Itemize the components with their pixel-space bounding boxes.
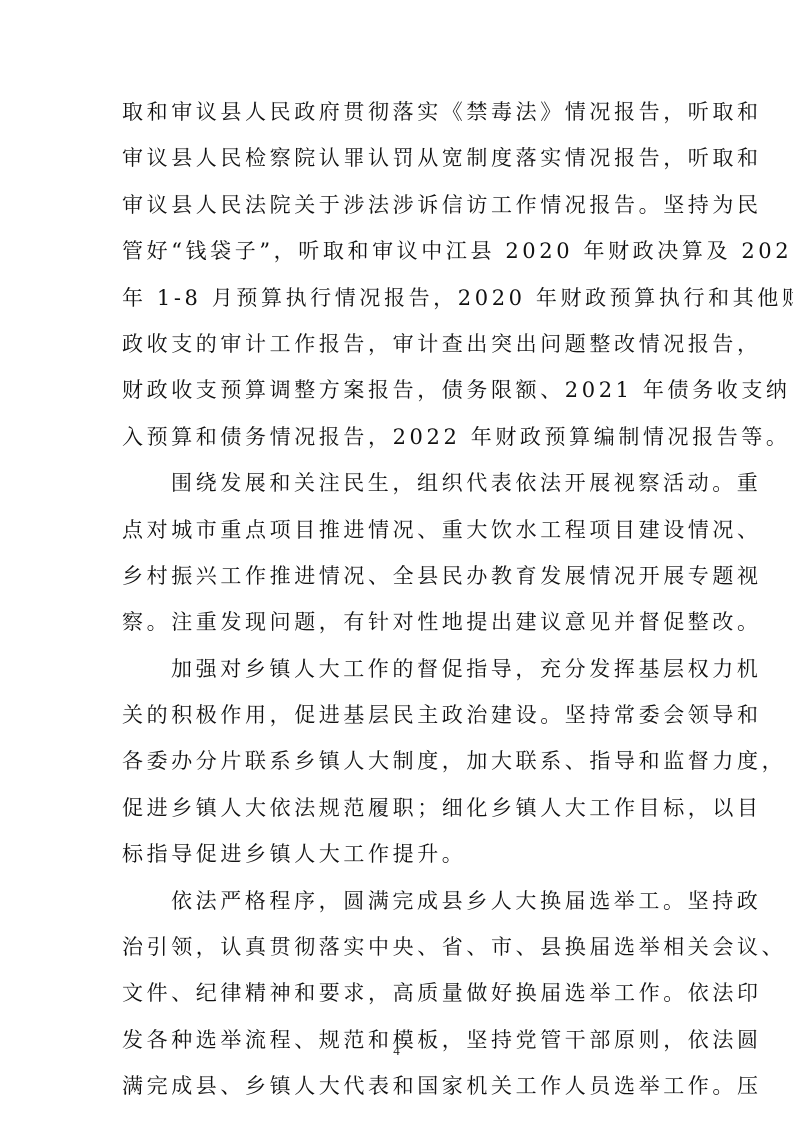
text-line: 各委办分片联系乡镇人大制度，加大联系、指导和监督力度，	[122, 738, 674, 784]
text-line: 审议县人民检察院认罪认罚从宽制度落实情况报告，听取和	[122, 135, 674, 181]
paragraph-start-line: 依法严格程序，圆满完成县乡人大换届选举工。坚持政	[122, 878, 674, 924]
text-line: 管好“钱袋子”，听取和审议中江县 2020 年财政决算及 2021	[122, 228, 674, 274]
text-line: 政收支的审计工作报告，审计查出突出问题整改情况报告，	[122, 321, 674, 367]
text-line: 取和审议县人民政府贯彻落实《禁毒法》情况报告，听取和	[122, 89, 674, 135]
body-text: 取和审议县人民政府贯彻落实《禁毒法》情况报告，听取和 审议县人民检察院认罪认罚从…	[122, 89, 674, 1110]
text-line: 察。注重发现问题，有针对性地提出建议意见并督促整改。	[122, 599, 674, 645]
page-number: 4	[0, 1043, 793, 1059]
text-line: 入预算和债务情况报告，2022 年财政预算编制情况报告等。	[122, 414, 674, 460]
text-line: 乡村振兴工作推进情况、全县民办教育发展情况开展专题视	[122, 553, 674, 599]
text-line: 关的积极作用，促进基层民主政治建设。坚持常委会领导和	[122, 692, 674, 738]
text-line: 文件、纪律精神和要求，高质量做好换届选举工作。依法印	[122, 970, 674, 1016]
text-line: 标指导促进乡镇人大工作提升。	[122, 831, 674, 877]
text-line: 满完成县、乡镇人大代表和国家机关工作人员选举工作。压	[122, 1063, 674, 1109]
paragraph-start-line: 围绕发展和关注民生，组织代表依法开展视察活动。重	[122, 460, 674, 506]
text-line: 促进乡镇人大依法规范履职；细化乡镇人大工作目标，以目	[122, 785, 674, 831]
text-line: 财政收支预算调整方案报告，债务限额、2021 年债务收支纳	[122, 367, 674, 413]
text-line: 年 1-8 月预算执行情况报告，2020 年财政预算执行和其他财	[122, 275, 674, 321]
text-line: 治引领，认真贯彻落实中央、省、市、县换届选举相关会议、	[122, 924, 674, 970]
text-line: 点对城市重点项目推进情况、重大饮水工程项目建设情况、	[122, 507, 674, 553]
document-page: 取和审议县人民政府贯彻落实《禁毒法》情况报告，听取和 审议县人民检察院认罪认罚从…	[0, 0, 793, 1122]
paragraph-start-line: 加强对乡镇人大工作的督促指导，充分发挥基层权力机	[122, 646, 674, 692]
text-line: 审议县人民法院关于涉法涉诉信访工作情况报告。坚持为民	[122, 182, 674, 228]
